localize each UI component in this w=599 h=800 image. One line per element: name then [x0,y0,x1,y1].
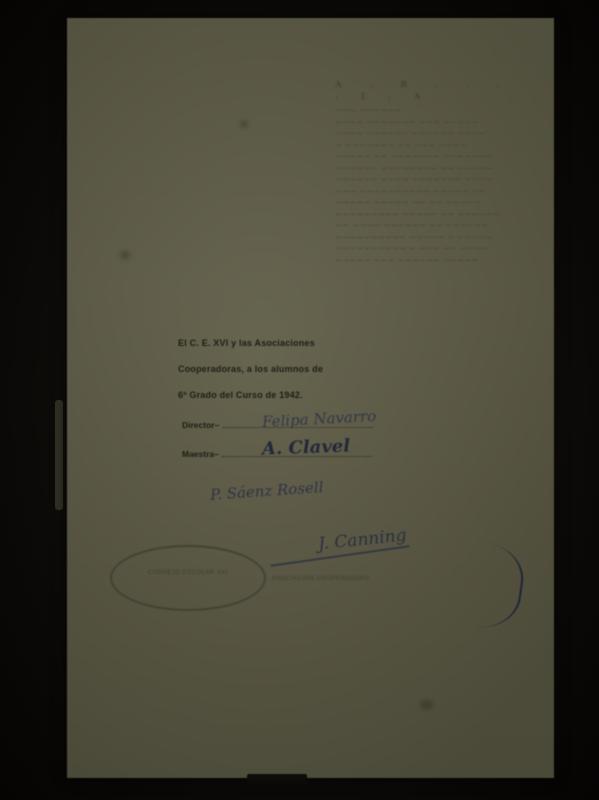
bleed-through-line: ∼∼∼ ∼∼∼∼∼∼∼∼∼∼ ∼∼∼∼∼ ∼∼ [335,187,510,199]
secondary-stamp-text: ASOCIACIÓN COOPERADORA [272,576,370,582]
bleed-through-line: ∼∼ ∼∼∼∼ ∼∼∼∼∼∼ ∼∼ ∼∼∼∼∼∼ [335,221,510,233]
bleed-through-text: A . R . . . . I . A ∼∼∼ ∼∼∼∼∼∼ ∼∼∼∼ ∼∼∼∼… [335,80,510,290]
bleed-through-line: ∼ ∼∼∼∼∼∼∼ ∼∼ ∼∼∼ ∼∼∼∼ [335,141,510,153]
oval-rubber-stamp: CONSEJO ESCOLAR XVI [110,545,266,611]
bleed-through-heading: A . R . . . . I . A [335,80,510,103]
stamp-text: CONSEJO ESCOLAR XVI [122,570,254,576]
dedication-line: 6º Grado del Curso de 1942. [178,382,403,408]
dedication-line: El C. E. XVI y las Asociaciones [178,330,403,356]
bleed-through-line: ∼∼∼∼∼∼∼∼∼∼ ∼ ∼∼∼ ∼∼ ∼∼∼∼ [335,244,510,256]
bleed-through-line: ∼∼∼∼∼∼∼∼∼∼ ∼∼∼∼∼ ∼ ∼∼∼∼∼ [335,233,510,245]
paper-stain [420,700,434,710]
dedication-text: El C. E. XVI y las Asociaciones Cooperad… [178,330,403,408]
bleed-through-line: ∼∼∼∼∼∼∼∼∼ ∼∼∼∼∼ ∼∼ ∼∼∼∼∼∼ [335,210,510,222]
bleed-through-line: ∼∼∼∼∼ ∼∼∼∼∼ ∼∼ ∼∼ ∼∼∼∼∼ [335,198,510,210]
paper-stain [240,120,248,128]
torn-corner [247,774,307,784]
dash: – [215,420,223,430]
bleed-through-line: ∼∼∼∼ ∼∼∼∼∼∼∼ ∼∼∼ ∼∼∼∼∼ [335,118,510,130]
bleed-through-line: ∼∼∼∼∼ ∼∼ ∼∼∼∼∼∼∼ ∼∼∼∼∼∼∼ [335,152,510,164]
paper-stain [120,250,130,260]
dedication-line: Cooperadoras, a los alumnos de [178,356,403,382]
maestra-label: Maestra [182,449,214,459]
bleed-through-line: ∼∼∼∼∼∼ ∼∼∼∼∼∼∼∼ ∼∼ ∼∼∼∼∼ [335,164,510,176]
dash: – [214,449,222,459]
bleed-through-line: ∼∼∼∼ ∼∼∼∼∼∼ ∼∼∼∼∼∼ ∼∼∼∼ [335,129,510,141]
bleed-through-line: ∼∼∼∼∼ ∼∼∼ ∼∼∼∼∼∼ ∼∼∼∼∼ [335,256,510,268]
bleed-through-line: ∼∼∼∼∼∼ ∼∼∼∼ ∼∼∼∼∼∼∼ ∼∼∼∼ [335,175,510,187]
page-edge-tab [55,400,63,510]
director-label: Director [182,420,215,430]
maestra-handwritten-signature: A. Clavel [262,435,351,459]
bleed-through-line: ∼∼∼ ∼∼∼∼∼∼ [335,106,510,118]
